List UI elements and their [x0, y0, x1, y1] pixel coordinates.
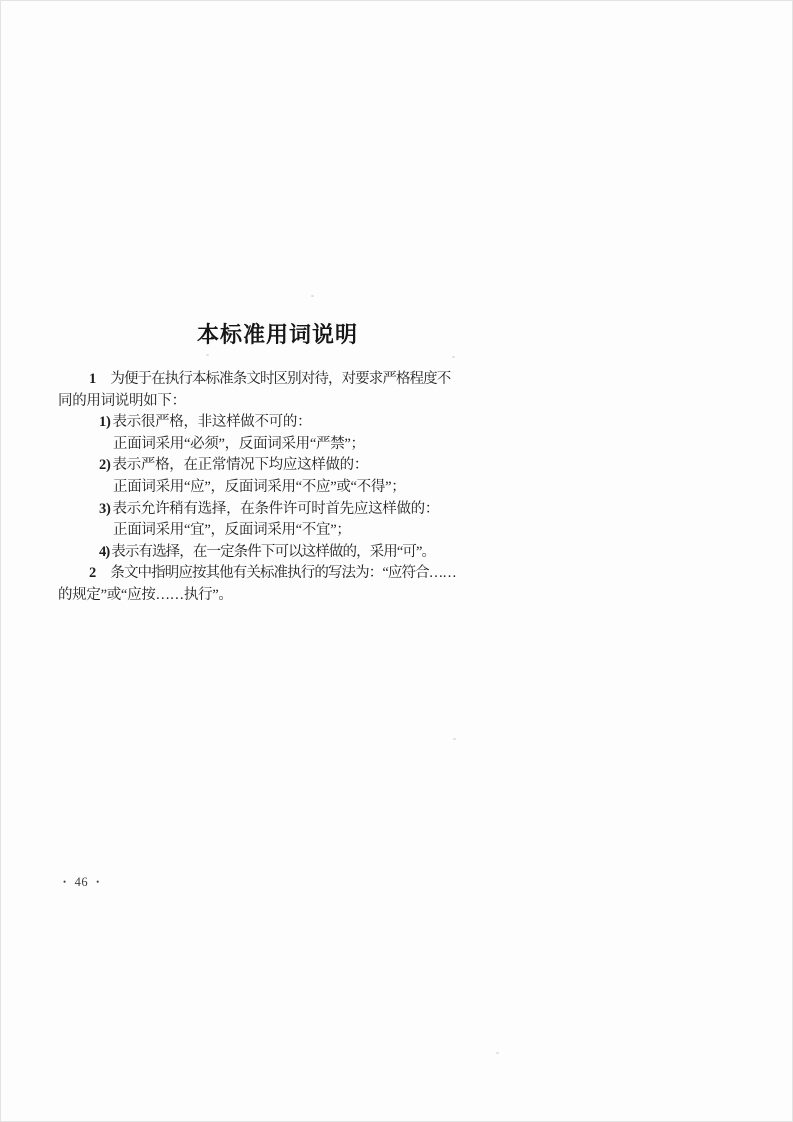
clause-1-line-1: 1为便于在执行本标准条文时区别对待，对要求严格程度不 [58, 369, 458, 391]
list-marker: 2) [99, 457, 110, 473]
clause-number: 2 [89, 565, 95, 581]
page-number-footer: •46• [63, 875, 100, 890]
scan-speck [496, 1052, 499, 1054]
list-item-3-detail: 正面词采用“宜”，反面词采用“不宜”； [58, 520, 458, 542]
page-number: 46 [75, 875, 89, 889]
list-item-1-detail: 正面词采用“必须”，反面词采用“严禁”； [58, 434, 458, 456]
line-text: 同的用词说明如下： [58, 393, 186, 409]
footer-right-dot: • [96, 877, 100, 887]
list-marker: 4) [99, 544, 109, 560]
list-marker: 3) [99, 501, 110, 517]
list-item-3: 3)表示允许稍有选择，在条件许可时首先应这样做的： [58, 499, 458, 521]
body-text-block: 1为便于在执行本标准条文时区别对待，对要求严格程度不 同的用词说明如下： 1)表… [58, 369, 458, 607]
list-marker: 1) [99, 414, 110, 430]
line-text: 的规定”或“应按……执行”。 [58, 587, 233, 603]
scan-speck [311, 295, 314, 297]
scan-speck [206, 354, 209, 356]
line-text: 表示有选择，在一定条件下可以这样做的，采用“可”。 [111, 544, 435, 560]
clause-number: 1 [89, 371, 95, 387]
list-item-4: 4)表示有选择，在一定条件下可以这样做的，采用“可”。 [58, 542, 458, 564]
line-text: 表示很严格，非这样做不可的： [112, 414, 311, 430]
scan-speck [452, 356, 455, 358]
line-text: 条文中指明应按其他有关标准执行的写法为：“应符合…… [110, 565, 456, 581]
line-text: 表示严格，在正常情况下均应这样做的： [112, 457, 368, 473]
line-text: 为便于在执行本标准条文时区别对待，对要求严格程度不 [110, 371, 450, 387]
list-item-2-detail: 正面词采用“应”，反面词采用“不应”或“不得”； [58, 477, 458, 499]
line-text: 表示允许稍有选择，在条件许可时首先应这样做的： [112, 501, 439, 517]
list-item-1: 1)表示很严格，非这样做不可的： [58, 412, 458, 434]
line-text: 正面词采用“应”，反面词采用“不应”或“不得”； [113, 479, 405, 495]
clause-2-line-1: 2条文中指明应按其他有关标准执行的写法为：“应符合…… [58, 563, 458, 585]
list-item-2: 2)表示严格，在正常情况下均应这样做的： [58, 455, 458, 477]
page-title: 本标准用词说明 [197, 318, 358, 349]
scanned-document-page: 本标准用词说明 1为便于在执行本标准条文时区别对待，对要求严格程度不 同的用词说… [0, 0, 793, 1122]
line-text: 正面词采用“宜”，反面词采用“不宜”； [113, 522, 351, 538]
scan-speck [251, 334, 254, 336]
line-text: 正面词采用“必须”，反面词采用“严禁”； [113, 436, 365, 452]
footer-left-dot: • [63, 877, 67, 887]
clause-2-line-2: 的规定”或“应按……执行”。 [58, 585, 458, 607]
clause-1-line-2: 同的用词说明如下： [58, 391, 458, 413]
scan-speck [453, 738, 456, 740]
